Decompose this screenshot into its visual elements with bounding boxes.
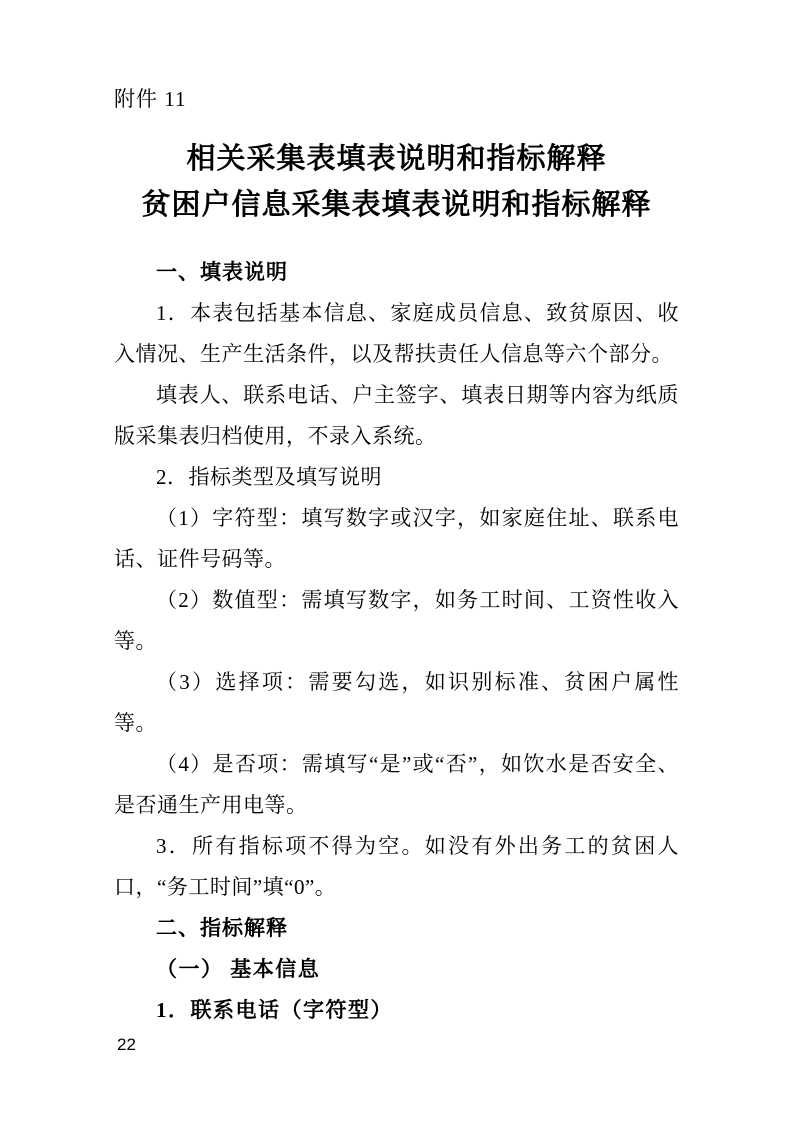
paragraph-form-parts: 1．本表包括基本信息、家庭成员信息、致贫原因、收入情况、生产生活条件，以及帮扶责… [114,293,679,375]
document-content: 附件 11 相关采集表填表说明和指标解释 贫困户信息采集表填表说明和指标解释 一… [0,0,793,1031]
paragraph-type-choice: （3）选择项：需要勾选，如识别标准、贫困户属性等。 [114,662,679,744]
attachment-label: 附件 11 [114,84,679,114]
paragraph-type-yes-no: （4）是否项：需填写“是”或“否”，如饮水是否安全、是否通生产用电等。 [114,744,679,826]
section-heading-indicator-explanation: 二、指标解释 [114,908,679,949]
paragraph-paper-archive: 填表人、联系电话、户主签字、填表日期等内容为纸质版采集表归档使用，不录入系统。 [114,375,679,457]
item-heading-contact-phone: 1．联系电话（字符型） [114,990,679,1031]
page-number: 22 [117,1034,136,1056]
paragraph-type-numeric: （2）数值型：需填写数字，如务工时间、工资性收入等。 [114,580,679,662]
subsection-heading-basic-info: （一） 基本信息 [114,949,679,990]
document-title-line2: 贫困户信息采集表填表说明和指标解释 [114,182,679,228]
document-page: 附件 11 相关采集表填表说明和指标解释 贫困户信息采集表填表说明和指标解释 一… [0,0,793,1122]
paragraph-no-empty-fields: 3．所有指标项不得为空。如没有外出务工的贫困人口，“务工时间”填“0”。 [114,826,679,908]
section-heading-fill-instructions: 一、填表说明 [114,252,679,293]
paragraph-indicator-types: 2．指标类型及填写说明 [114,457,679,498]
paragraph-type-character: （1）字符型：填写数字或汉字，如家庭住址、联系电话、证件号码等。 [114,498,679,580]
document-title-line1: 相关采集表填表说明和指标解释 [114,136,679,182]
